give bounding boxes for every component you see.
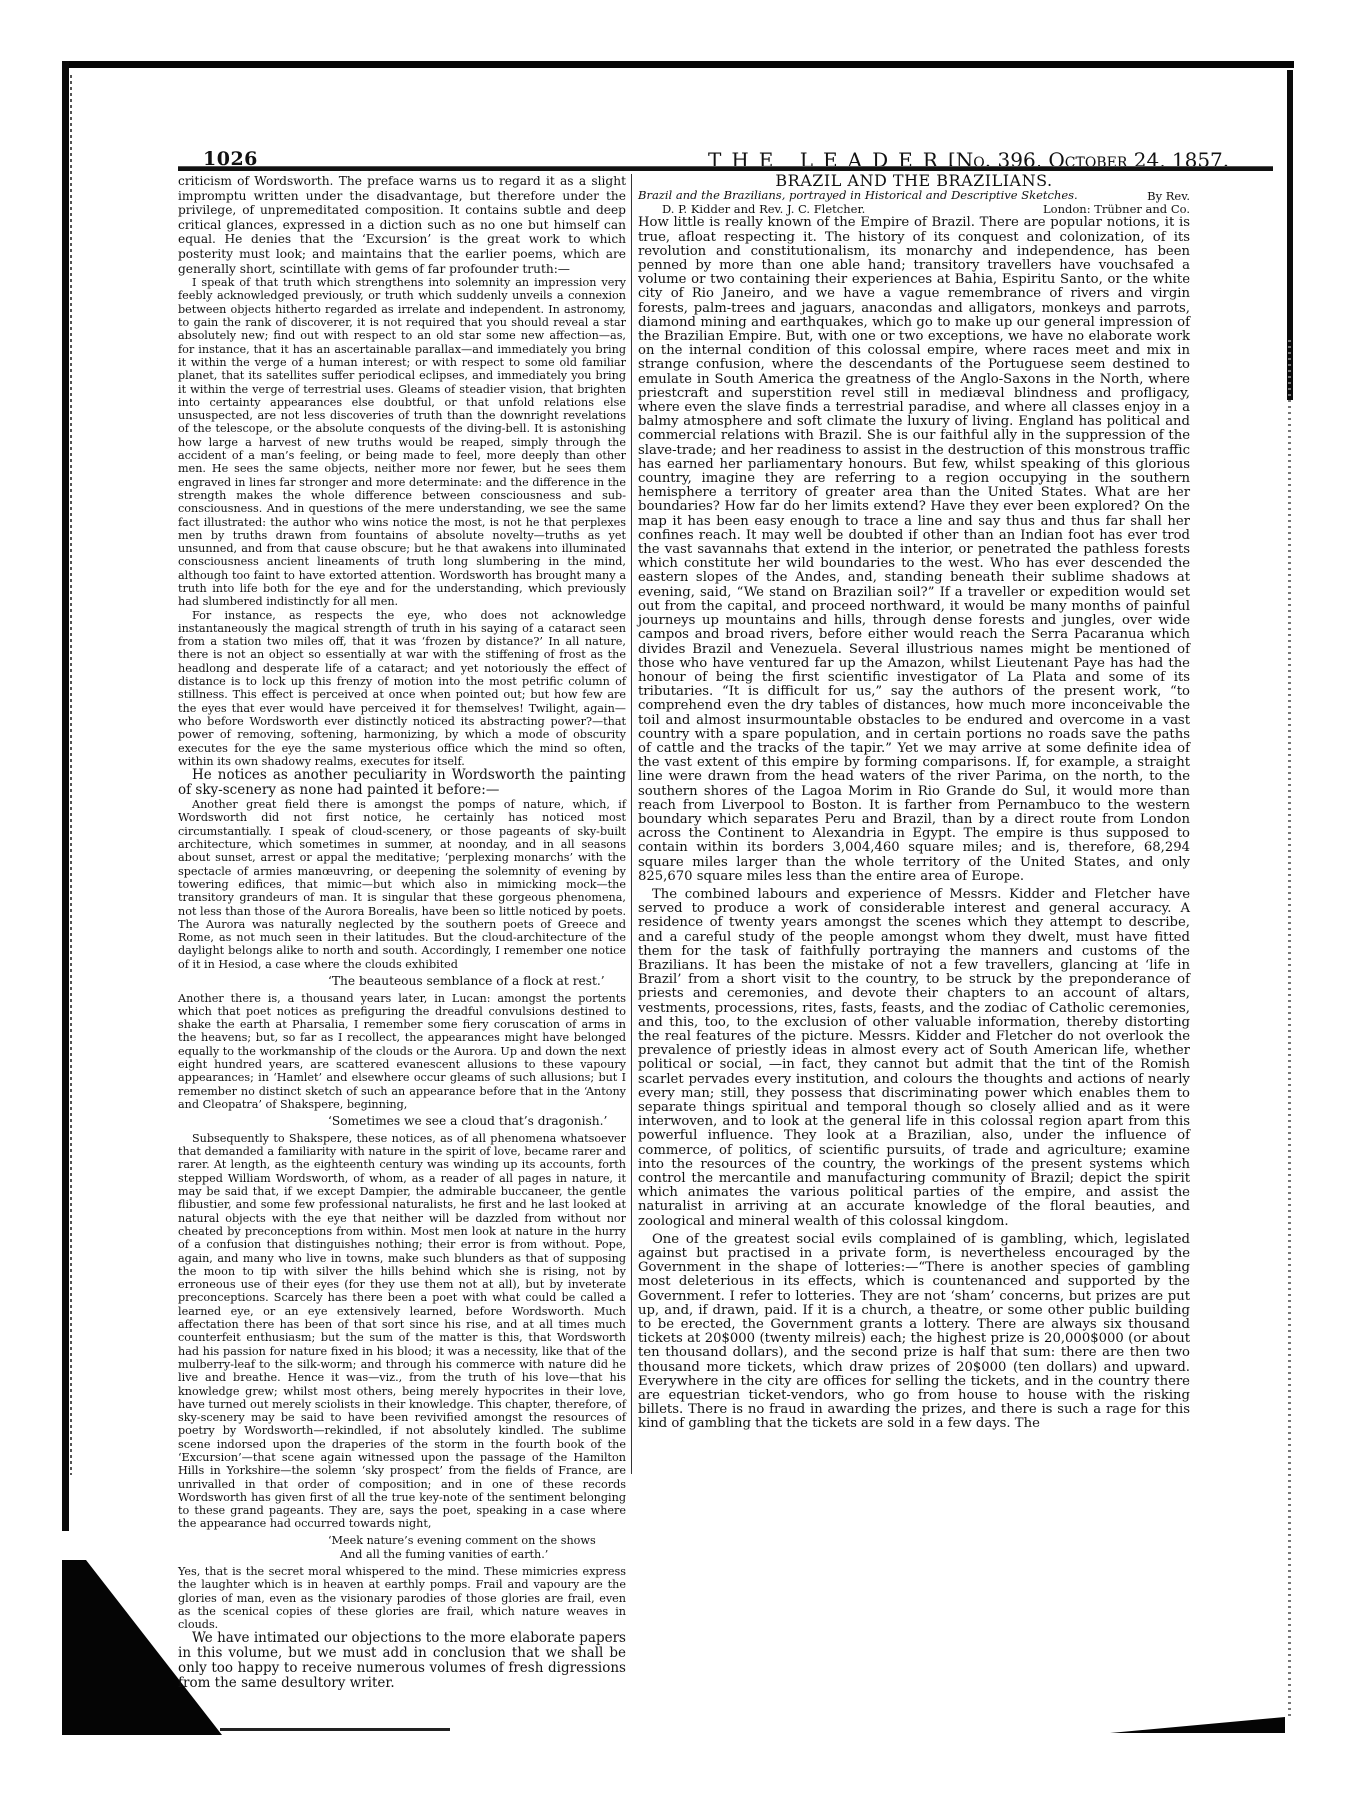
- verse-quote: ‘Sometimes we see a cloud that’s dragoni…: [178, 1114, 626, 1129]
- block-quote-paragraph: Another great field there is amongst the…: [178, 798, 626, 971]
- paragraph: The combined labours and experience of M…: [638, 888, 1190, 1229]
- block-quote-paragraph: Subsequently to Shakspere, these notices…: [178, 1132, 626, 1531]
- closing-paragraph: We have intimated our objections to the …: [178, 1631, 626, 1691]
- block-quote-paragraph: I speak of that truth which strengthens …: [178, 276, 626, 608]
- paragraph: How little is really known of the Empire…: [638, 216, 1190, 884]
- right-column: BRAZIL AND THE BRAZILIANS. Brazil and th…: [638, 174, 1190, 1432]
- scan-border-top: [62, 61, 1294, 68]
- article-title: BRAZIL AND THE BRAZILIANS.: [638, 174, 1190, 188]
- column-divider: [631, 174, 632, 1474]
- book-title-citation: Brazil and the Brazilians, portrayed in …: [638, 189, 1078, 203]
- paragraph: One of the greatest social evils complai…: [638, 1233, 1190, 1432]
- scan-border-left-speckle: [70, 75, 72, 1475]
- citation-by: By Rev.: [1147, 189, 1190, 203]
- paragraph: criticism of Wordsworth. The preface war…: [178, 174, 626, 276]
- verse-quote: And all the fuming vanities of earth.’: [178, 1548, 626, 1563]
- verse-quote: ‘The beauteous semblance of a flock at r…: [178, 974, 626, 989]
- scan-border-left: [62, 61, 69, 1531]
- scan-bottom-edge: [220, 1728, 450, 1731]
- block-quote-paragraph: Another there is, a thousand years later…: [178, 992, 626, 1112]
- paragraph: He notices as another peculiarity in Wor…: [178, 768, 626, 798]
- masthead-rule: [178, 166, 1273, 171]
- scan-bottom-right-shadow: [1110, 1717, 1285, 1733]
- block-quote-paragraph: For instance, as respects the eye, who d…: [178, 609, 626, 769]
- scan-border-right-speckle: [1288, 340, 1291, 1720]
- left-column: criticism of Wordsworth. The preface war…: [178, 174, 626, 1691]
- verse-quote: ‘Meek nature’s evening comment on the sh…: [178, 1534, 626, 1549]
- block-quote-paragraph: Yes, that is the secret moral whispered …: [178, 1565, 626, 1631]
